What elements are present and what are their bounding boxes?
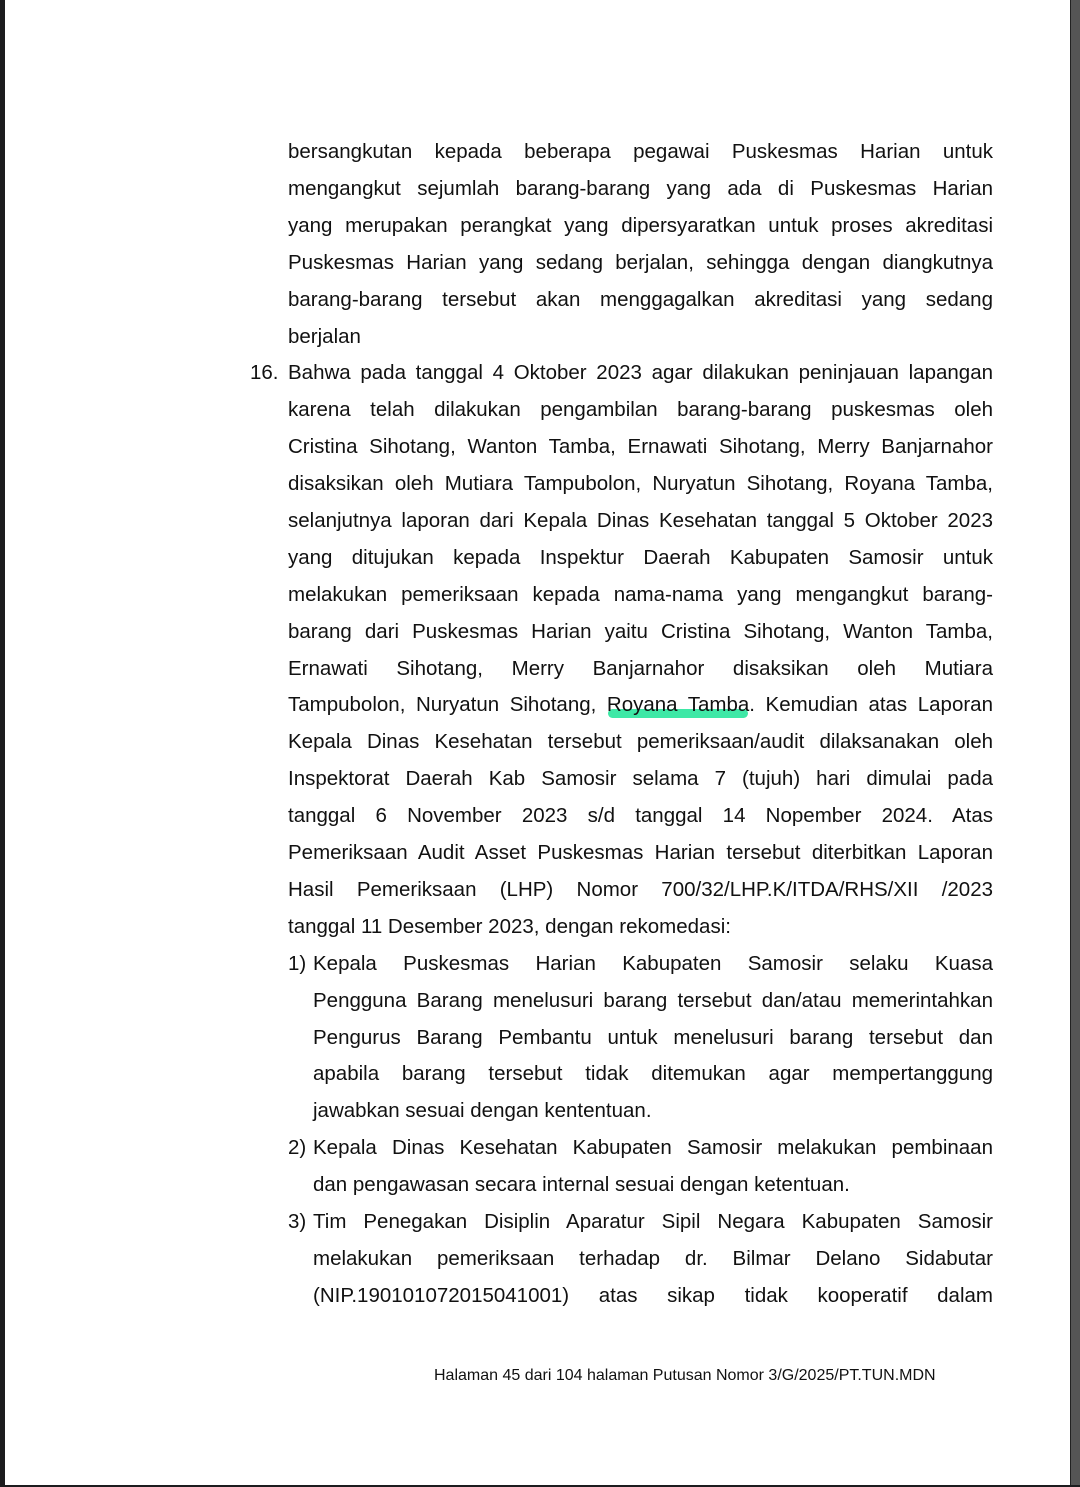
- recommendation-line: Pengurus Barang Pembantu untuk menelusur…: [313, 1026, 993, 1050]
- paragraph-line: Bahwa pada tanggal 4 Oktober 2023 agar d…: [288, 361, 993, 385]
- paragraph-line: berjalan: [288, 325, 361, 349]
- paragraph-line: Ernawati Sihotang, Merry Banjarnahor dis…: [288, 657, 993, 681]
- paragraph-line: bersangkutan kepada beberapa pegawai Pus…: [288, 140, 993, 164]
- paragraph-line: yang merupakan perangkat yang dipersyara…: [288, 214, 993, 238]
- recommendation-line: Kepala Dinas Kesehatan Kabupaten Samosir…: [313, 1136, 993, 1160]
- recommendation-line: (NIP.190101072015041001) atas sikap tida…: [313, 1284, 993, 1308]
- document-page: bersangkutan kepada beberapa pegawai Pus…: [5, 0, 1070, 1485]
- paragraph-line: Kepala Dinas Kesehatan tersebut pemeriks…: [288, 730, 993, 754]
- recommendation-line: melakukan pemeriksaan terhadap dr. Bilma…: [313, 1247, 993, 1271]
- recommendation-number: 1): [288, 952, 306, 976]
- paragraph-line: yang ditujukan kepada Inspektur Daerah K…: [288, 546, 993, 570]
- paragraph-line: tanggal 11 Desember 2023, dengan rekomed…: [288, 915, 731, 939]
- paragraph-line: barang-barang tersebut akan menggagalkan…: [288, 288, 993, 312]
- paragraph-line: Inspektorat Daerah Kab Samosir selama 7 …: [288, 767, 993, 791]
- paragraph-line: mengangkut sejumlah barang-barang yang a…: [288, 177, 993, 201]
- recommendation-line: Pengguna Barang menelusuri barang terseb…: [313, 989, 993, 1013]
- recommendation-line: dan pengawasan secara internal sesuai de…: [313, 1173, 850, 1197]
- paragraph-line: selanjutnya laporan dari Kepala Dinas Ke…: [288, 509, 993, 533]
- page-footer: Halaman 45 dari 104 halaman Putusan Nomo…: [434, 1366, 936, 1386]
- paragraph-line: Puskesmas Harian yang sedang berjalan, s…: [288, 251, 993, 275]
- paragraph-line: melakukan pemeriksaan kepada nama-nama y…: [288, 583, 993, 607]
- paragraph-line: Cristina Sihotang, Wanton Tamba, Ernawat…: [288, 435, 993, 459]
- paragraph-line: karena telah dilakukan pengambilan baran…: [288, 398, 993, 422]
- paragraph-line: barang dari Puskesmas Harian yaitu Crist…: [288, 620, 993, 644]
- paragraph-line: Tampubolon, Nuryatun Sihotang, Royana Ta…: [288, 693, 993, 717]
- recommendation-number: 2): [288, 1136, 306, 1160]
- recommendation-line: Kepala Puskesmas Harian Kabupaten Samosi…: [313, 952, 993, 976]
- item-number: 16.: [250, 361, 279, 385]
- recommendation-number: 3): [288, 1210, 306, 1234]
- paragraph-line: Hasil Pemeriksaan (LHP) Nomor 700/32/LHP…: [288, 878, 993, 902]
- recommendation-line: jawabkan sesuai dengan kententuan.: [313, 1099, 652, 1123]
- paragraph-line: Pemeriksaan Audit Asset Puskesmas Harian…: [288, 841, 993, 865]
- paragraph-line: tanggal 6 November 2023 s/d tanggal 14 N…: [288, 804, 993, 828]
- recommendation-line: Tim Penegakan Disiplin Aparatur Sipil Ne…: [313, 1210, 993, 1234]
- paragraph-line: disaksikan oleh Mutiara Tampubolon, Nury…: [288, 472, 993, 496]
- viewer-scrollbar[interactable]: [1070, 0, 1080, 1487]
- recommendation-line: apabila barang tersebut tidak ditemukan …: [313, 1062, 993, 1086]
